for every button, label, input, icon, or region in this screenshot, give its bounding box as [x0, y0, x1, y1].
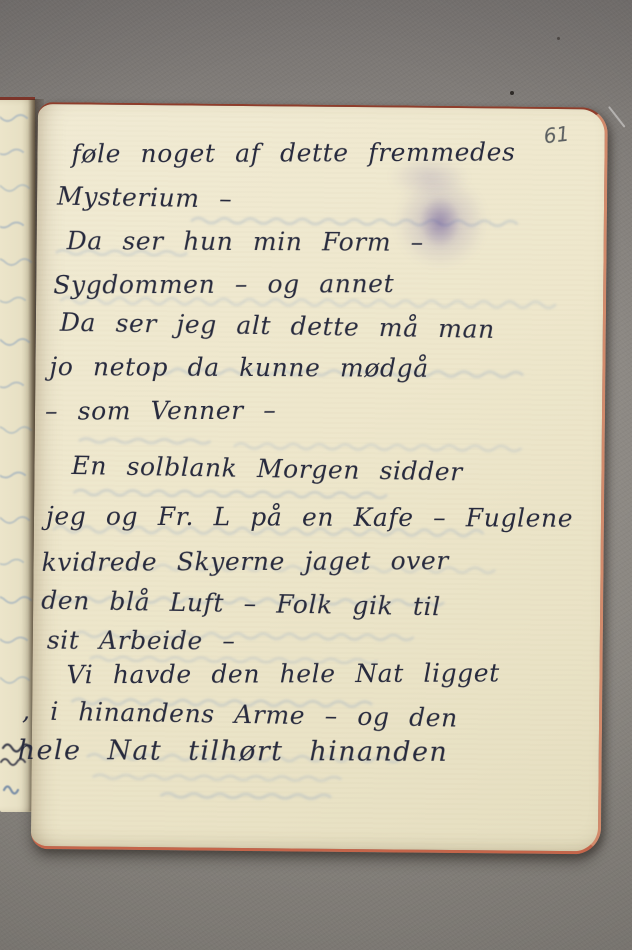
manuscript-line: kvidrede Skyerne jaget over — [42, 546, 449, 577]
manuscript-line: – som Venner – — [45, 396, 276, 426]
dust-speck — [510, 91, 514, 95]
manuscript-line: Sygdommen – og annet — [53, 269, 394, 299]
photo-of-notebook: { "manuscript": { "page_number": "61", "… — [0, 0, 632, 950]
manuscript-line: hele Nat tilhørt hinanden — [18, 735, 449, 768]
manuscript-line: Da ser jeg alt dette må man — [60, 308, 495, 344]
manuscript-line: sit Arbeide – — [47, 626, 236, 656]
manuscript-line: En solblank Morgen sidder — [71, 451, 463, 486]
manuscript-line: den blå Luft – Folk gik til — [41, 586, 441, 622]
manuscript-line: føle noget af dette fremmedes — [71, 137, 515, 168]
ink-smudge — [419, 196, 461, 248]
dust-fiber — [608, 106, 625, 127]
notebook-page: 61 føle noget af dette fremmedes Mysteri… — [31, 102, 608, 854]
manuscript-line: , i hinandens Arme – og den — [22, 696, 458, 732]
manuscript-line: jeg og Fr. L på en Kafe – Fuglene — [46, 501, 573, 532]
manuscript-line: Mysterium – — [57, 182, 233, 214]
page-number: 61 — [542, 122, 570, 149]
dust-speck — [557, 37, 560, 40]
manuscript-line: jo netop da kunne mødgå — [49, 352, 428, 383]
manuscript-line: Vi havde den hele Nat ligget — [66, 658, 499, 689]
manuscript-line: Da ser hun min Form – — [67, 226, 424, 257]
